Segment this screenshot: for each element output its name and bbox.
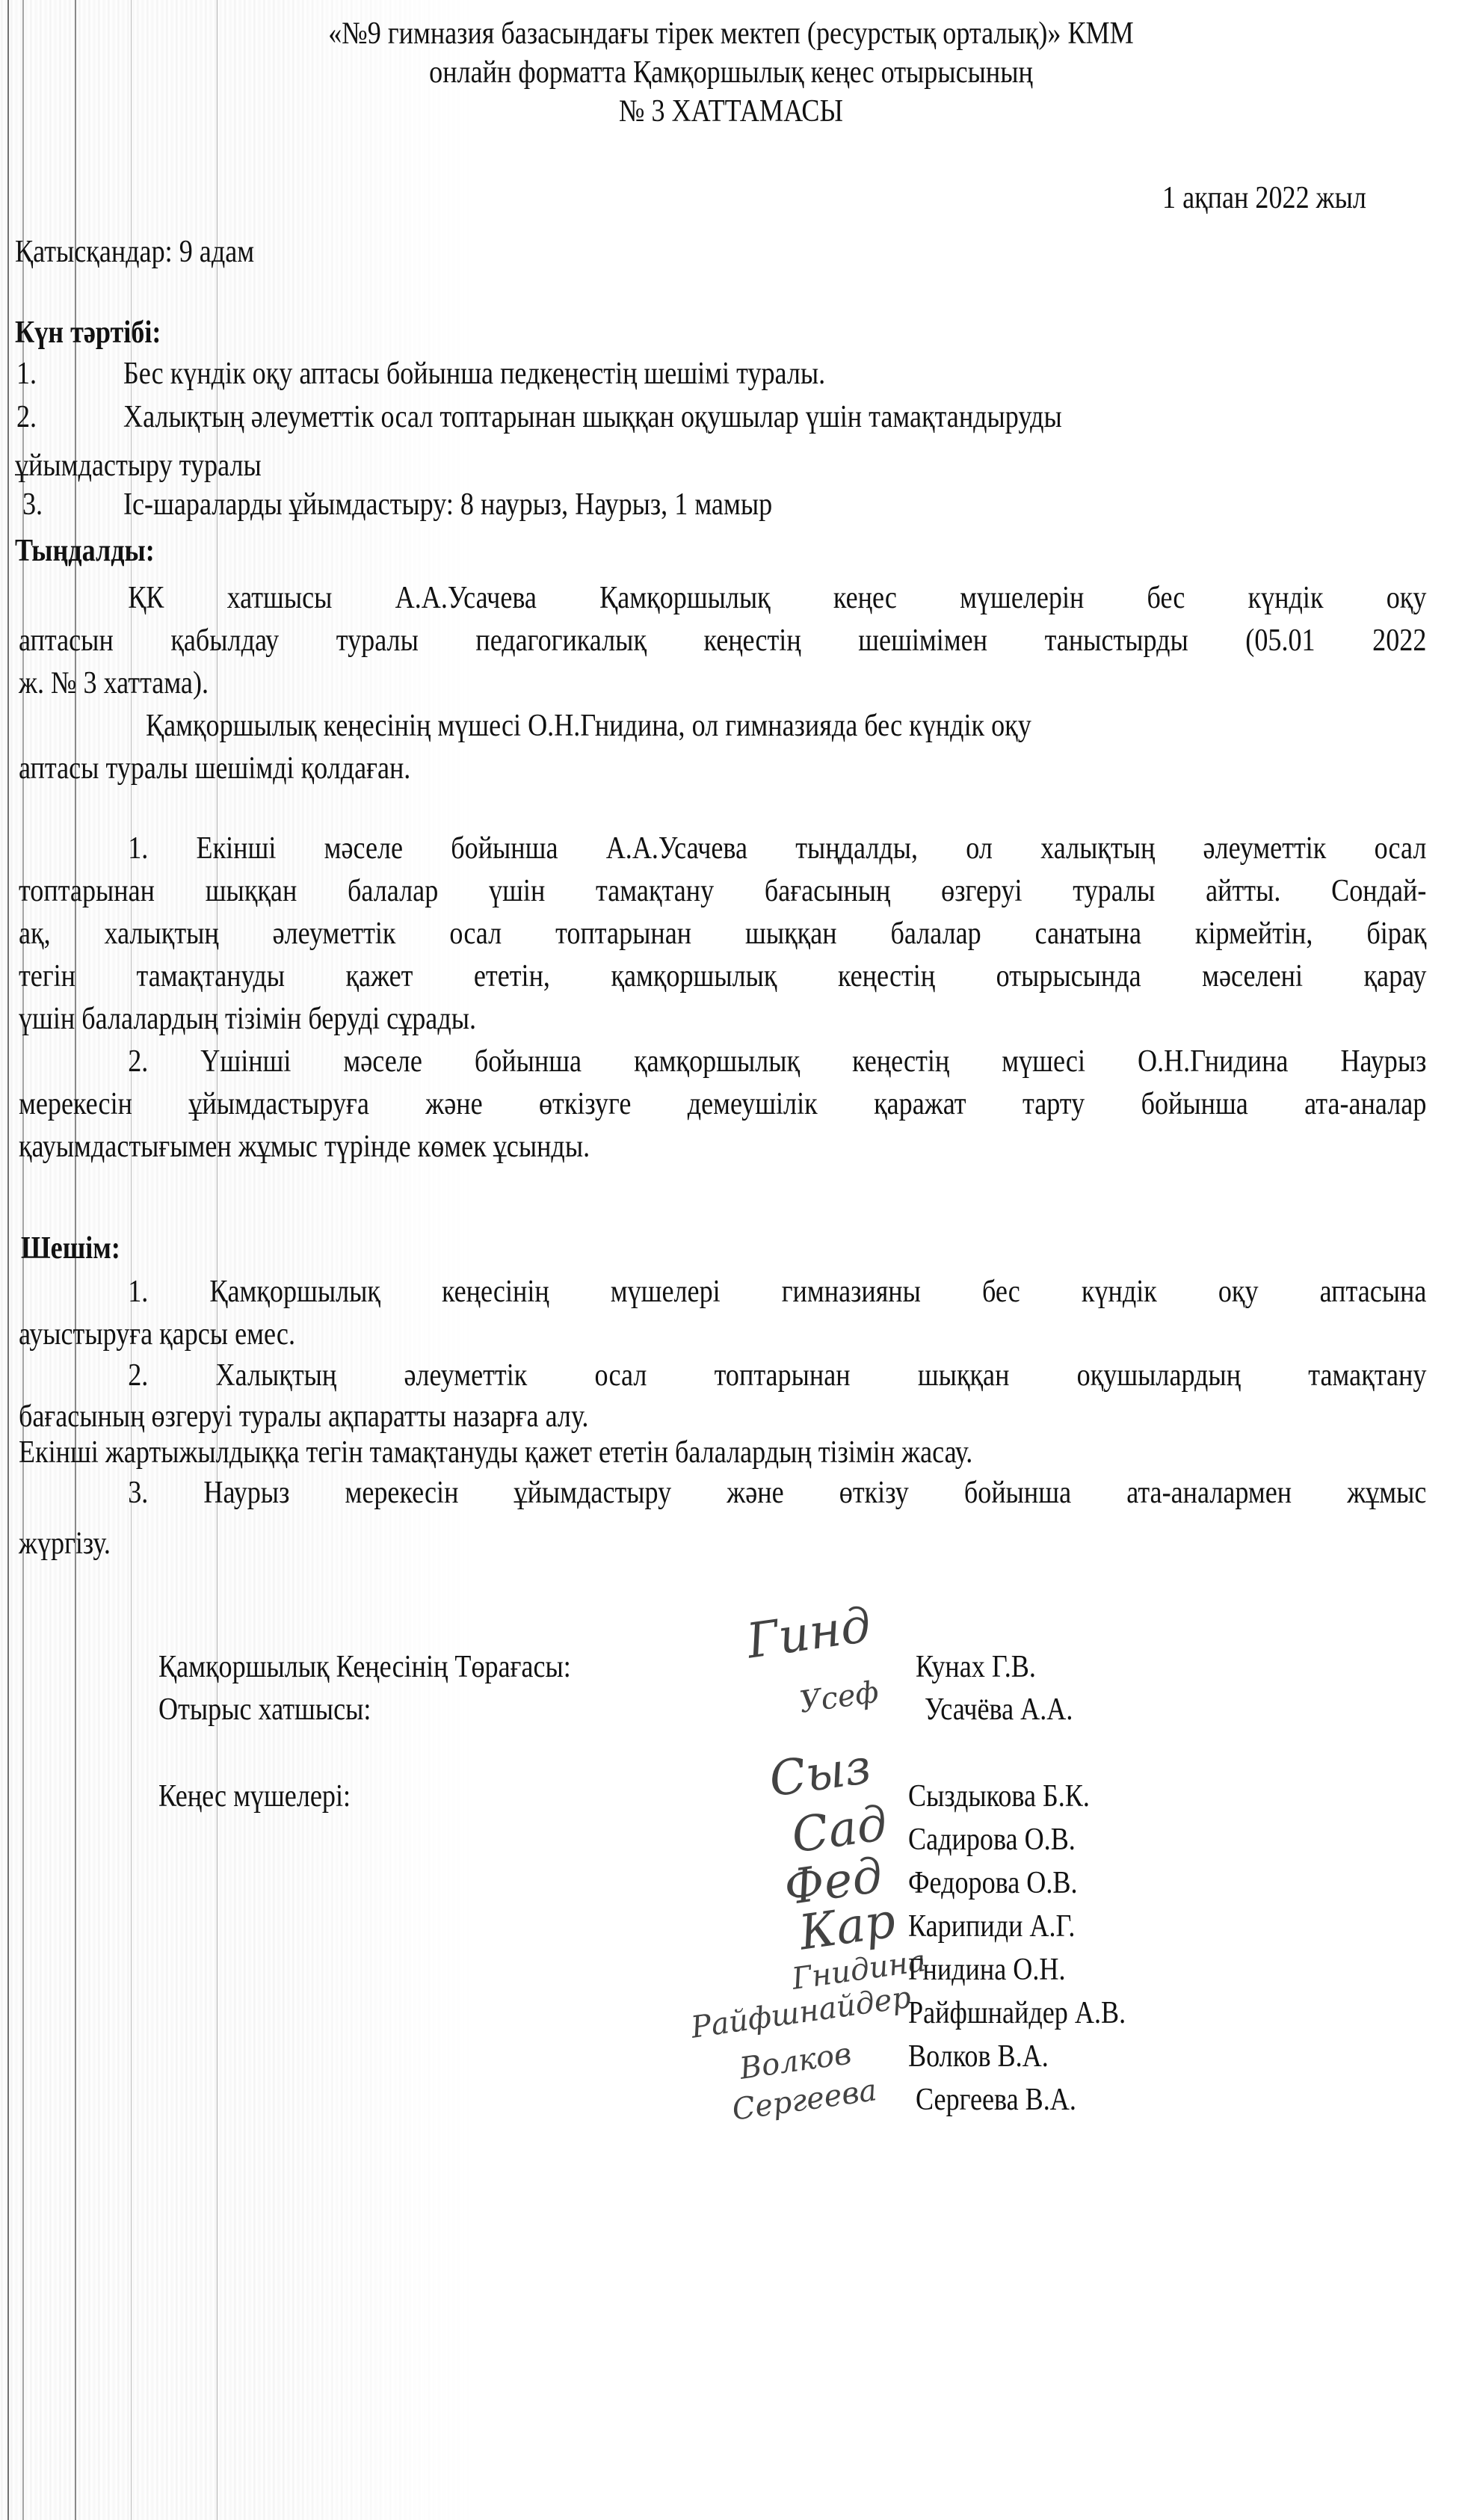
heard-paragraph-4-line: 2. Үшінші мәселе бойынша қамқоршылық кең… xyxy=(19,1043,1426,1080)
heard-paragraph-3-line: 1. Екінші мәселе бойынша А.А.Усачева тың… xyxy=(19,830,1426,867)
member-name: Сергеева В.А. xyxy=(916,2081,1076,2119)
heard-paragraph-3-line: топтарынан шыққан балалар үшін тамақтану… xyxy=(19,872,1426,910)
members-label: Кеңес мүшелері: xyxy=(158,1778,351,1815)
document-page: «№9 гимназия базасындағы тірек мектеп (р… xyxy=(0,0,1462,2520)
heard-paragraph-3-line: үшін балалардың тізімін беруді сұрады. xyxy=(19,1000,476,1038)
agenda-item-number: 3. xyxy=(22,486,43,523)
secretary-name: Усачёва А.А. xyxy=(925,1691,1073,1728)
decision-1-line: 1. Қамқоршылық кеңесінің мүшелері гимназ… xyxy=(19,1273,1426,1310)
document-title: № 3 ХАТТАМАСЫ xyxy=(102,93,1360,130)
agenda-heading: Күн тәртібі: xyxy=(15,314,161,351)
chair-name: Кунах Г.В. xyxy=(916,1648,1036,1686)
heard-heading: Тыңдалды: xyxy=(15,532,155,570)
heard-paragraph-4-line: мерекесін ұйымдастыруға және өткізуге де… xyxy=(19,1085,1426,1123)
participants-count: Қатысқандар: 9 адам xyxy=(15,233,254,271)
document-date: 1 ақпан 2022 жыл xyxy=(1162,179,1366,217)
decision-heading: Шешім: xyxy=(21,1230,120,1267)
decision-1-line: ауыстыруға қарсы емес. xyxy=(19,1316,295,1353)
heard-paragraph-3-line: ақ, халықтың әлеуметтік осал топтарынан … xyxy=(19,915,1426,952)
heard-paragraph-3-line: тегін тамақтануды қажет ететін, қамқоршы… xyxy=(19,958,1426,995)
decision-2b-line: Екінші жартыжылдыққа тегін тамақтануды қ… xyxy=(19,1434,972,1471)
heard-paragraph-4-line: қауымдастығымен жұмыс түрінде көмек ұсын… xyxy=(19,1128,590,1165)
header-line-2: онлайн форматта Қамқоршылық кеңес отырыс… xyxy=(102,54,1360,91)
heard-paragraph-1-line: аптасын қабылдау туралы педагогикалық ке… xyxy=(19,622,1426,659)
agenda-item-number: 2. xyxy=(16,398,37,436)
heard-paragraph-2-line: аптасы туралы шешімді қолдаған. xyxy=(19,750,410,787)
member-name: Гнидина О.Н. xyxy=(908,1951,1065,1988)
signature-chair: Гинд xyxy=(744,1598,875,1669)
decision-2-line: бағасының өзгеруі туралы ақпаратты назар… xyxy=(19,1398,588,1435)
agenda-item-1: Бес күндік оқу аптасы бойынша педкеңесті… xyxy=(123,355,825,392)
chair-label: Қамқоршылық Кеңесінің Төрағасы: xyxy=(158,1648,571,1686)
signature-secretary: Усеф xyxy=(798,1675,881,1719)
member-name: Федорова О.В. xyxy=(908,1864,1078,1902)
agenda-item-2: Халықтың әлеуметтік осал топтарынан шыққ… xyxy=(123,398,1062,436)
member-name: Сыздыкова Б.К. xyxy=(908,1778,1090,1815)
agenda-item-2-cont: ұйымдастыру туралы xyxy=(15,447,262,484)
heard-paragraph-1-line: ҚК хатшысы А.А.Усачева Қамқоршылық кеңес… xyxy=(19,579,1426,617)
secretary-label: Отырыс хатшысы: xyxy=(158,1691,371,1728)
header-line-1: «№9 гимназия базасындағы тірек мектеп (р… xyxy=(102,15,1360,52)
decision-3-line: 3. Наурыз мерекесін ұйымдастыру және өтк… xyxy=(19,1474,1426,1512)
heard-paragraph-2-line: Қамқоршылық кеңесінің мүшесі О.Н.Гнидина… xyxy=(146,707,1031,745)
agenda-item-3: Іс-шараларды ұйымдастыру: 8 наурыз, Наур… xyxy=(123,486,772,523)
member-name: Карипиди А.Г. xyxy=(908,1908,1075,1945)
member-name: Садирова О.В. xyxy=(908,1821,1076,1858)
agenda-item-number: 1. xyxy=(16,355,37,392)
signature-member: Сыз xyxy=(766,1739,875,1808)
decision-2-line: 2. Халықтың әлеуметтік осал топтарынан ш… xyxy=(19,1357,1426,1394)
heard-paragraph-1-line: ж. № 3 хаттама). xyxy=(19,665,209,702)
decision-3-line: жүргізу. xyxy=(19,1525,111,1562)
member-name: Райфшнайдер А.В. xyxy=(908,1994,1126,2032)
member-name: Волков В.А. xyxy=(908,2038,1049,2075)
